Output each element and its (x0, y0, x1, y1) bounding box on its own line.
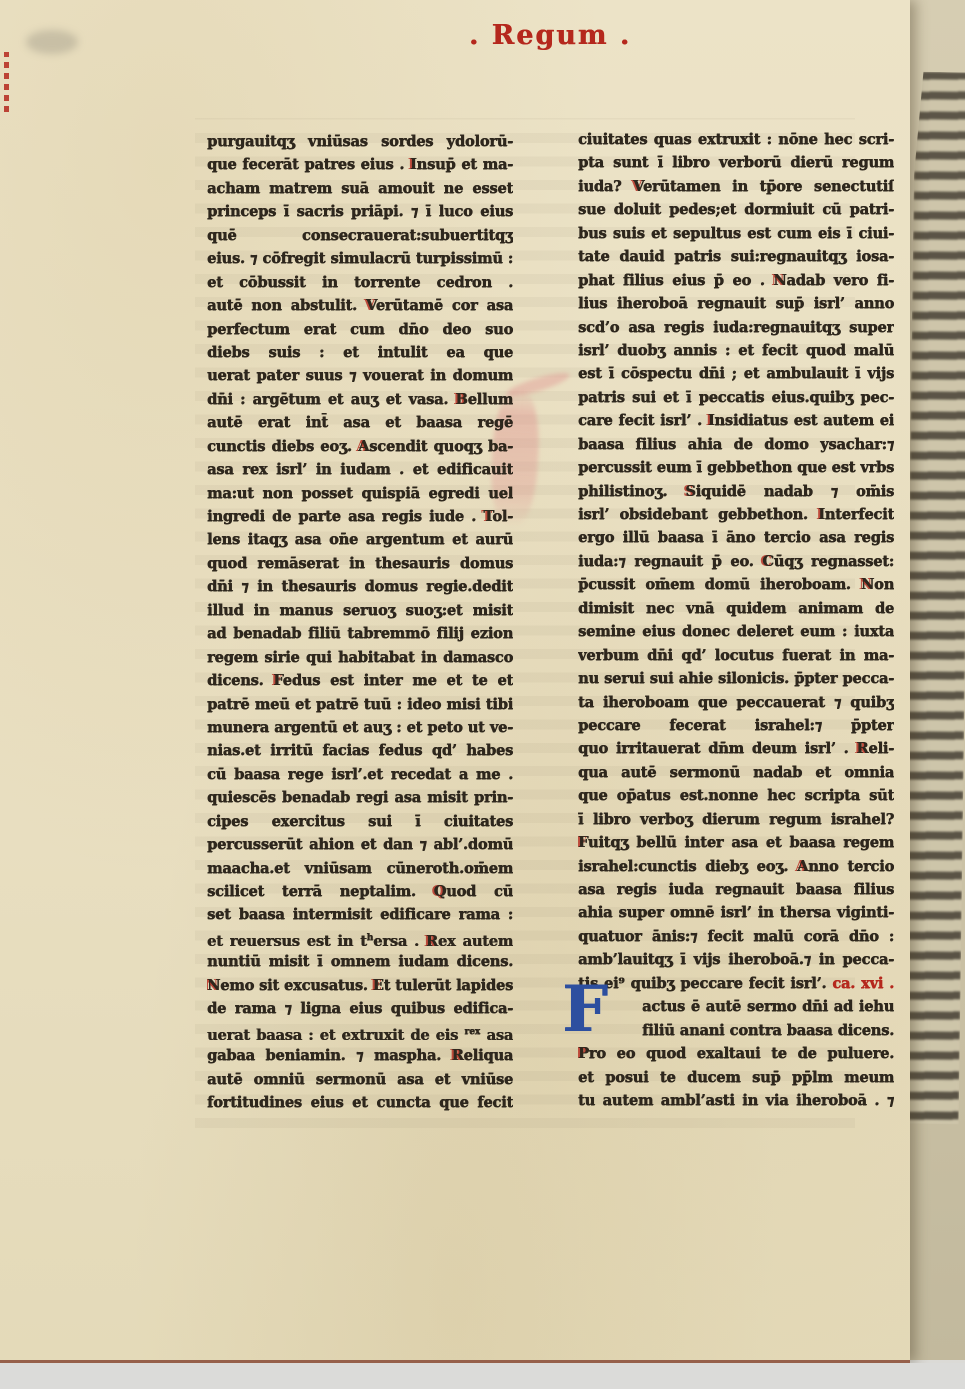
text-run: perfectum erat cum dn̄o deo suo cūctis (207, 321, 513, 341)
text-run: diebs suis : et intulit ea que sanctific… (207, 344, 513, 364)
text-line: ī libro verboʒ dierum regum israhel? (578, 808, 894, 831)
text-run: asa regis iuda regnauit baasa filius (578, 881, 894, 898)
text-line: est ī cōspectu dn̄i ; et ambulauit ī vij… (578, 362, 894, 385)
text-line: amb’lauitqʒ ī vijs iheroboā.⁊ in pecca- (578, 948, 894, 971)
text-line: et reuersus est in thersa . Rex autem as… (207, 927, 513, 950)
text-line: bus suis et sepultus est cum eis ī ciui- (578, 222, 894, 245)
text-line: tate dauid patris sui:regnauitqʒ iosa- (578, 245, 894, 268)
text-line: dicens. Fedus est inter me et te et inte… (207, 669, 513, 692)
text-run: iquidē nadab ⁊ om̄is (696, 483, 894, 500)
rubricated-capital: N (773, 272, 786, 289)
text-run: nu serui sui ahie silonicis. p̄pter pecc… (578, 670, 894, 687)
text-line: ahia super omnē isrl’ in thersa viginti- (578, 901, 894, 924)
table-background (0, 1363, 965, 1389)
text-run: actus ē autē sermo dn̄i ad iehu (642, 998, 894, 1015)
text-run: tate dauid patris sui:regnauitqʒ iosa- (578, 248, 894, 265)
text-run: phat filius eius p̄ eo . (578, 272, 773, 289)
text-run: nsidiatus est autem ei (714, 412, 894, 429)
text-run: uerat baasa : et extruxit de eis (207, 1026, 464, 1043)
rubricated-capital: R (856, 740, 868, 757)
text-run: et posui te ducem sup̄ pp̄lm meum isrl’. (578, 1069, 894, 1089)
text-line: uerat pater suus ⁊ vouerat in domum (207, 364, 513, 387)
rubricated-capital: V (366, 297, 376, 314)
text-run: regem sirie qui habitabat in damasco (207, 649, 513, 666)
text-line: ingredi de parte asa regis iude . Tol- (207, 505, 513, 528)
text-run: pta sunt ī libro verborū dierū regum (578, 154, 894, 171)
text-line: et cōbussit in torrente cedron . Excelsa (207, 271, 513, 294)
text-run: verbum dn̄i qd’ locutus fuerat in ma- (578, 647, 894, 664)
text-line: maacha.et vniūsam cūneroth.om̄em (207, 857, 513, 880)
text-line: dn̄i ⁊ in thesauris domus regie.dedit (207, 575, 513, 598)
bible-leaf: . Regum . purgauitqʒ vniūsas sordes ydol… (0, 0, 910, 1363)
text-line: ma:ut non posset quispiā egredi uel (207, 482, 513, 505)
text-run: princeps ī sacris priāpi. ⁊ ī luco eius (207, 203, 513, 220)
text-line: verbum dn̄i qd’ locutus fuerat in ma- (578, 644, 894, 667)
rubricated-capital: R (426, 933, 438, 950)
text-run: asa rex isrl’ in iudam . et edificauit r… (207, 461, 513, 481)
text-run: acham matrem suā amouit ne esset (207, 180, 513, 197)
text-run: set baasa intermisit edificare rama : (207, 906, 513, 923)
text-run: qua autē sermonū nadab et omnia (578, 764, 894, 781)
text-run: nno tercio (808, 858, 894, 875)
text-run: quē consecrauerat:subuertitqʒ specum (207, 227, 513, 247)
text-line: quē consecrauerat:subuertitqʒ specum (207, 224, 513, 247)
text-line: perfectum erat cum dn̄o deo suo cūctis (207, 318, 513, 341)
text-line: quod remāserat in thesauris domus (207, 552, 513, 575)
text-run: erūtamen in tp̄ore senectutiſ (643, 178, 894, 195)
left-text-column: purgauitqʒ vniūsas sordes ydolorū-que fe… (207, 130, 513, 1114)
text-run: semine eius donec deleret eum : iuxta (578, 623, 894, 640)
text-line: ergo illū baasa ī āno tercio asa regis (578, 526, 894, 549)
text-run: lens itaqʒ asa on̄e argentum et aurū (207, 531, 513, 548)
text-line: baasa filius ahia de domo ysachar:⁊ (578, 433, 894, 456)
text-line: pta sunt ī libro verborū dierū regum (578, 151, 894, 174)
text-run: uitqʒ bellū inter asa et baasa regem (588, 834, 894, 851)
text-run: p̄cussit om̄em domū iheroboam. (578, 576, 861, 593)
text-line: ad benadab filiū tabremmō filij ezion (207, 622, 513, 645)
text-run: quo irritauerat dn̄m deum isrl’ . (578, 740, 856, 757)
text-line: princeps ī sacris priāpi. ⁊ ī luco eius (207, 200, 513, 223)
rubricated-capital: A (358, 438, 369, 455)
text-run: ūqʒ regnasset: (774, 553, 894, 570)
rubricated-capital: B (455, 391, 467, 408)
text-line: regem sirie qui habitabat in damasco (207, 646, 513, 669)
text-run: ingredi de parte asa regis iude . (207, 508, 483, 525)
ink-smudge (26, 30, 78, 54)
text-run: patrē meū et patrē tuū : ideo misi tibi (207, 696, 513, 713)
text-run: patris sui et ī peccatis eius.quibʒ pec- (578, 389, 894, 406)
text-line: fortitudines eius et cuncta que fecit et (207, 1091, 513, 1114)
text-run: amb’lauitqʒ ī vijs iheroboā.⁊ in pecca- (578, 951, 894, 968)
text-line: phat filius eius p̄ eo . Nadab vero fi- (578, 269, 894, 292)
text-run: et reuersus est in t (207, 933, 367, 950)
rubricated-capital: N (207, 977, 220, 994)
text-run: t tulerūt lapides (384, 977, 513, 994)
rubricated-capital: I (410, 156, 417, 173)
text-run: purgauitqʒ vniūsas sordes ydolorū- (207, 133, 513, 150)
text-line: purgauitqʒ vniūsas sordes ydolorū- (207, 130, 513, 153)
text-run: que fecerāt patres eius . (207, 156, 410, 173)
text-run: et cōbussit in torrente cedron . (207, 274, 513, 291)
text-line: peccare fecerat israhel:⁊ p̄pter delictu… (578, 714, 894, 737)
text-run: dn̄i ⁊ in thesauris domus regie.dedit (207, 578, 513, 595)
text-run: munera argentū et auʒ : et peto ut ve- (207, 719, 513, 736)
text-line: que op̄atus est.nonne hec scripta sūt (578, 784, 894, 807)
text-run: asa (480, 1026, 513, 1043)
text-run: est ī cōspectu dn̄i ; et ambulauit ī vij… (578, 365, 894, 382)
text-run: quod remāserat in thesauris domus (207, 555, 513, 572)
text-line: iuda:⁊ regnauit p̄ eo. Cūqʒ regnasset: (578, 550, 894, 573)
text-line: ta iheroboam que peccauerat ⁊ quibʒ (578, 691, 894, 714)
text-run: ergo illū baasa ī āno tercio asa regis (578, 529, 894, 546)
manuscript-photo: . Regum . purgauitqʒ vniūsas sordes ydol… (0, 0, 965, 1389)
text-line: patris sui et ī peccatis eius.quibʒ pec- (578, 386, 894, 409)
text-line: quatuor ānis:⁊ fecit malū corā dn̄o : (578, 925, 894, 948)
text-line: isrl’ obsidebant gebbethon. Interfecit (578, 503, 894, 526)
chapter-initial-F: F (562, 982, 642, 1042)
rubricated-capital: F (578, 834, 588, 851)
text-line: eius. ⁊ cōfregit simulacrū turpissimū : (207, 247, 513, 270)
text-line: autē omniū sermonū asa et vniūse (207, 1068, 513, 1091)
text-line: dimisit nec vnā quidem animam de (578, 597, 894, 620)
text-run: ellum (468, 391, 513, 408)
text-run: percussit eum ī gebbethon que est vrbs (578, 459, 894, 476)
text-run: autē non abstulit. (207, 297, 366, 314)
text-run: ciuitates quas extruxit : nōne hec scri- (578, 131, 894, 148)
rubricated-capital: R (452, 1047, 464, 1064)
text-run: nsup̄ et ma- (417, 156, 513, 173)
text-run: uerat pater suus ⁊ vouerat in domum (207, 367, 513, 384)
text-run: eli- (868, 740, 894, 757)
text-line: lius iheroboā regnauit sup̄ isrl’ anno (578, 292, 894, 315)
text-line: tu autem ambl’asti in via iheroboā . ⁊ (578, 1089, 894, 1112)
text-line: percusserūt ahion et dan ⁊ abl’.domū (207, 833, 513, 856)
text-run: que op̄atus est.nonne hec scripta sūt (578, 787, 894, 804)
text-line: cū baasa rege isrl’.et recedat a me . Ac… (207, 763, 513, 786)
text-line: nias.et irritū facias fedus qd’ habes (207, 739, 513, 762)
text-run: eliqua (464, 1047, 513, 1064)
text-run: nuntiū misit ī omnem iudam dicens. (207, 953, 513, 970)
text-run: sue doluit pedes;et dormiuit cū patri- (578, 201, 894, 218)
text-line: autē erat int̄ asa et baasa regē israhel… (207, 411, 513, 434)
text-run: dicens. (207, 672, 273, 689)
text-line: illud in manus seruoʒ suoʒ:et misit (207, 599, 513, 622)
text-line: asa regis iuda regnauit baasa filius (578, 878, 894, 901)
interlinear-addition: rex (464, 1027, 480, 1037)
rubricated-capital: T (483, 508, 492, 525)
text-run: percusserūt ahion et dan ⁊ abl’.domū (207, 836, 513, 853)
chapter-marker: ca. xvi . (832, 975, 894, 992)
text-run: quatuor ānis:⁊ fecit malū corā dn̄o : (578, 928, 894, 945)
rubricated-capital: C (762, 553, 773, 570)
text-line: quiescēs benadab regi asa misit prin- (207, 786, 513, 809)
text-line: set baasa intermisit edificare rama : (207, 903, 513, 926)
rubricated-capital: N (861, 576, 874, 593)
text-run: care fecit isrl’ . (578, 412, 708, 429)
text-run: philistinoʒ. (578, 483, 685, 500)
text-line: nu serui sui ahie silonicis. p̄pter pecc… (578, 667, 894, 690)
text-line: care fecit isrl’ . Insidiatus est autem … (578, 409, 894, 432)
text-line: isrl’ duobʒ annis : et fecit quod malū (578, 339, 894, 362)
text-run: isrl’ obsidebant gebbethon. (578, 506, 818, 523)
text-line: sue doluit pedes;et dormiuit cū patri- (578, 198, 894, 221)
text-line: quo irritauerat dn̄m deum isrl’ . Reli- (578, 737, 894, 760)
text-line: asa rex isrl’ in iudam . et edificauit r… (207, 458, 513, 481)
text-run: quiescēs benadab regi asa misit prin- (207, 789, 513, 806)
text-run: emo sit excusatus. (220, 977, 373, 994)
text-run: isrl’ duobʒ annis : et fecit quod malū (578, 342, 894, 359)
text-run: de rama ⁊ ligna eius quibus edifica- (207, 1000, 513, 1017)
text-run: ī libro verboʒ dierum regum israhel? (578, 811, 894, 828)
text-line: qua autē sermonū nadab et omnia (578, 761, 894, 784)
text-run: nterfecit (825, 506, 894, 523)
text-line: scilicet terrā neptalim. Quod cū audis- (207, 880, 513, 903)
text-line: que fecerāt patres eius . Insup̄ et ma- (207, 153, 513, 176)
text-line: Pro eo quod exaltaui te de puluere. (578, 1042, 894, 1065)
text-line: uerat baasa : et extruxit de eis rex asa (207, 1021, 513, 1044)
text-run: scilicet terrā neptalim. (207, 883, 434, 900)
text-line: ciuitates quas extruxit : nōne hec scri- (578, 128, 894, 151)
text-line: patrē meū et patrē tuū : ideo misi tibi (207, 693, 513, 716)
text-line: diebs suis : et intulit ea que sanctific… (207, 341, 513, 364)
text-line: cipes exercitus sui ī ciuitates israhel:… (207, 810, 513, 833)
text-line: israhel:cunctis diebʒ eoʒ. Anno tercio (578, 855, 894, 878)
text-line: semine eius donec deleret eum : iuxta (578, 620, 894, 643)
text-run: filiū anani contra baasa dicens. (642, 1022, 894, 1039)
text-line: philistinoʒ. Siquidē nadab ⁊ om̄is (578, 480, 894, 503)
text-run: ad benadab filiū tabremmō filij ezion (207, 625, 513, 642)
right-text-column: F ciuitates quas extruxit : nōne hec scr… (578, 128, 894, 1112)
text-run: erūtamē cor asa (376, 297, 513, 314)
text-run: ersa . (373, 933, 426, 950)
text-run: autē erat int̄ asa et baasa regē israhel… (207, 414, 513, 434)
text-line: percussit eum ī gebbethon que est vrbs (578, 456, 894, 479)
rubricated-capital: E (373, 977, 384, 994)
text-line: p̄cussit om̄em domū iheroboam. Non (578, 573, 894, 596)
text-run: eius. ⁊ cōfregit simulacrū turpissimū : (207, 250, 513, 267)
text-line: Nemo sit excusatus. Et tulerūt lapides (207, 974, 513, 997)
text-run: ahia super omnē isrl’ in thersa viginti- (578, 904, 894, 921)
text-line: lens itaqʒ asa on̄e argentum et aurū (207, 528, 513, 551)
text-run: fortitudines eius et cuncta que fecit et (207, 1094, 513, 1114)
text-run: illud in manus seruoʒ suoʒ:et misit (207, 602, 513, 619)
text-line: et posui te ducem sup̄ pp̄lm meum isrl’. (578, 1066, 894, 1089)
text-run: peccare fecerat israhel:⁊ p̄pter delictu… (578, 717, 894, 737)
text-run: dn̄i : argētum et auʒ et vasa. (207, 391, 455, 408)
text-line: iuda? Verūtamen in tp̄ore senectutiſ (578, 175, 894, 198)
text-line: munera argentū et auʒ : et peto ut ve- (207, 716, 513, 739)
rubricated-capital: Q (434, 883, 447, 900)
text-run: ta iheroboam que peccauerat ⁊ quibʒ (578, 694, 894, 711)
rubricated-capital: V (633, 178, 643, 195)
text-run: scd’o asa regis iuda:regnauitqʒ super (578, 319, 894, 336)
text-line: de rama ⁊ ligna eius quibus edifica- (207, 997, 513, 1020)
text-run: autē omniū sermonū asa et vniūse (207, 1071, 513, 1088)
rubricated-capital: S (685, 483, 695, 500)
text-run: israhel:cunctis diebʒ eoʒ. (578, 858, 797, 875)
rubricated-capital: P (578, 1045, 589, 1062)
rubricated-capital: A (797, 858, 808, 875)
text-line: autē non abstulit. Verūtamē cor asa (207, 294, 513, 317)
text-run: ma:ut non posset quispiā egredi uel (207, 485, 513, 502)
text-run: bus suis et sepultus est cum eis ī ciui- (578, 225, 894, 242)
text-line: gabaa beniamin. ⁊ maspha. Reliqua (207, 1044, 513, 1067)
text-run: lius iheroboā regnauit sup̄ isrl’ anno (578, 295, 894, 312)
text-run: gabaa beniamin. ⁊ maspha. (207, 1047, 452, 1064)
text-run: on (874, 576, 894, 593)
text-run: cunctis diebs eoʒ. (207, 438, 358, 455)
text-run: ol- (492, 508, 513, 525)
red-edge-marks (4, 52, 9, 112)
text-run: cipes exercitus sui ī ciuitates israhel:… (207, 813, 513, 833)
rubricated-capital: F (273, 672, 282, 689)
text-run: adab vero fi- (786, 272, 894, 289)
text-line: scd’o asa regis iuda:regnauitqʒ super (578, 316, 894, 339)
text-line: acham matrem suā amouit ne esset (207, 177, 513, 200)
text-run: iuda? (578, 178, 633, 195)
text-run: dimisit nec vnā quidem animam de (578, 600, 894, 617)
text-run: baasa filius ahia de domo ysachar:⁊ (578, 436, 894, 453)
text-run: iuda:⁊ regnauit p̄ eo. (578, 553, 762, 570)
text-run: tu autem ambl’asti in via iheroboā . ⁊ (578, 1092, 894, 1109)
text-line: dn̄i : argētum et auʒ et vasa. Bellum (207, 388, 513, 411)
text-line: Fuitqʒ bellū inter asa et baasa regem (578, 831, 894, 854)
text-run: maacha.et vniūsam cūneroth.om̄em (207, 860, 513, 877)
text-line: nuntiū misit ī omnem iudam dicens. (207, 950, 513, 973)
text-line: cunctis diebs eoʒ. Ascendit quoqʒ ba- (207, 435, 513, 458)
text-run: nias.et irritū facias fedus qd’ habes (207, 742, 513, 759)
rubricated-capital: I (818, 506, 825, 523)
running-title: . Regum . (207, 20, 893, 51)
text-run: scendit quoqʒ ba- (369, 438, 513, 455)
text-run: cū baasa rege isrl’.et recedat a me . (207, 766, 513, 783)
text-run: ro eo quod exaltaui te de puluere. (589, 1045, 894, 1062)
